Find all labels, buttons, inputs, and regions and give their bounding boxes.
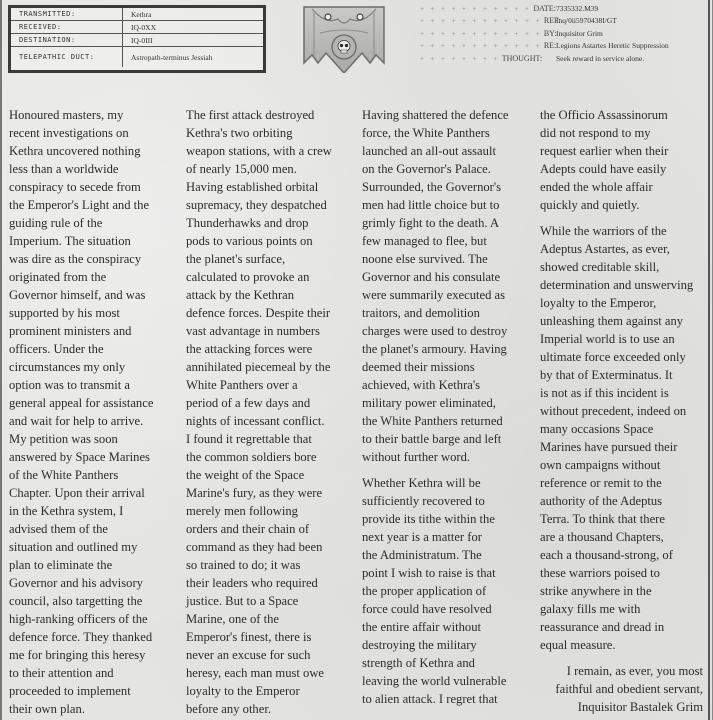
text-line: plan to eliminate the <box>9 556 153 574</box>
transmission-label: TRANSMITTED: <box>11 8 123 20</box>
meta-value: Inq/0ii5970438I/GT <box>538 16 617 25</box>
text-line: to their attention and <box>9 664 153 682</box>
text-line: strike anywhere in the <box>540 582 703 600</box>
text-line: nights of incessant conflict. <box>186 412 332 430</box>
body-column-2: The first attack destroyedKethra's two o… <box>186 106 332 718</box>
message-metadata: + + + + + + + + + + + DATE: 7335332.M39 … <box>420 2 700 65</box>
text-line: Having shattered the defence <box>362 106 509 124</box>
text-line: the common soldiers bore <box>186 448 332 466</box>
meta-value: Inquisitor Grim <box>538 29 603 38</box>
meta-row-ref: + + + + + + + + + + + + REF: Inq/0ii5970… <box>420 15 700 28</box>
text-line: force could have resolved <box>362 600 509 618</box>
text-line: loyalty to the Emperor, <box>540 294 703 312</box>
text-line: Governor himself, and was <box>9 286 153 304</box>
text-line: provide its tithe within the <box>362 510 509 528</box>
text-line: Governor and his consulate <box>362 268 509 286</box>
text-line: is not as if this incident is <box>540 384 703 402</box>
text-line: option was to transmit a <box>9 376 153 394</box>
text-line: deemed their missions <box>362 358 509 376</box>
text-line: attack by the Kethran <box>186 286 332 304</box>
text-line: council, also targetting the <box>9 592 153 610</box>
text-line: unleashing them against any <box>540 312 703 330</box>
meta-row-thought: + + + + + + + + THOUGHT: Seek reward in … <box>420 52 700 65</box>
text-line: My petition was soon <box>9 430 153 448</box>
text-line: Inquisitor Bastalek Grim <box>540 698 703 716</box>
text-line: the attacking forces were <box>186 340 332 358</box>
text-line: force, the White Panthers <box>362 124 509 142</box>
text-line: the proper application of <box>362 582 509 600</box>
text-line: calculated to provoke an <box>186 268 332 286</box>
text-line: each a thousand-strong, of <box>540 546 703 564</box>
paragraph-gap <box>540 654 703 662</box>
text-line: originated from the <box>9 268 153 286</box>
body-column-4: the Officio Assassinorumdid not respond … <box>540 106 703 716</box>
transmission-row: TRANSMITTED: Kethra <box>11 8 263 21</box>
text-line: answered by Space Marines <box>9 448 153 466</box>
text-line: The first attack destroyed <box>186 106 332 124</box>
paragraph: While the warriors of theAdeptus Astarte… <box>540 222 703 654</box>
transmission-label: DESTINATION: <box>11 34 123 46</box>
transmission-value: Astropath-terminus Jessiah <box>123 47 263 67</box>
body-column-1: Honoured masters, myrecent investigation… <box>9 106 153 718</box>
inquisition-skull-banner-icon <box>298 3 390 73</box>
text-line: never an excuse for such <box>186 646 332 664</box>
body-column-3: Having shattered the defenceforce, the W… <box>362 106 509 708</box>
text-line: Kethra uncovered nothing <box>9 142 153 160</box>
text-line: guiding rule of the <box>9 214 153 232</box>
text-line: situation and outlined my <box>9 538 153 556</box>
meta-row-date: + + + + + + + + + + + DATE: 7335332.M39 <box>420 2 700 15</box>
text-line: supported by his most <box>9 304 153 322</box>
text-line: these warriors poised to <box>540 564 703 582</box>
paragraph: Whether Kethra will besufficiently recov… <box>362 474 509 708</box>
text-line: Kethra's two orbiting <box>186 124 332 142</box>
text-line: heresy, each man must owe <box>186 664 332 682</box>
text-line: recent investigations on <box>9 124 153 142</box>
text-line: their leaders who required <box>186 574 332 592</box>
text-line: the planet's surface, <box>186 250 332 268</box>
text-line: few managed to flee, but <box>362 232 509 250</box>
text-line: faithful and obedient servant, <box>540 680 703 698</box>
transmission-value: IQ-0XX <box>123 21 263 33</box>
text-line: high-ranking officers of the <box>9 610 153 628</box>
text-line: supremacy, they despatched <box>186 196 332 214</box>
document-page: TRANSMITTED: Kethra RECEIVED: IQ-0XX DES… <box>0 0 713 720</box>
text-line: proceeded to implement <box>9 682 153 700</box>
meta-plus-divider: + + + + + + + + + + + + <box>420 42 542 50</box>
text-line: Marine, one of the <box>186 610 332 628</box>
text-line: ultimate force exceeded only <box>540 348 703 366</box>
text-line: Governor and his advisory <box>9 574 153 592</box>
text-line: Honoured masters, my <box>9 106 153 124</box>
text-line: Chapter. Upon their arrival <box>9 484 153 502</box>
text-line: without precedent, indeed on <box>540 402 703 420</box>
transmission-value: Kethra <box>123 8 263 20</box>
text-line: grimly fight to the death. A <box>362 214 509 232</box>
meta-value: Legions Astartes Heretic Suppression <box>538 41 669 50</box>
text-line: circumstances my only <box>9 358 153 376</box>
text-line: showed creditable skill, <box>540 258 703 276</box>
transmission-label: TELEPATHIC DUCT: <box>11 47 123 67</box>
text-line: prominent ministers and <box>9 322 153 340</box>
text-line: traitors, and demolition <box>362 304 509 322</box>
text-line: before any other. <box>186 700 332 718</box>
text-line: many occasions Space <box>540 420 703 438</box>
text-line: period of a few days and <box>186 394 332 412</box>
meta-value: 7335332.M39 <box>538 4 598 13</box>
text-line: on the Governor's Palace. <box>362 160 509 178</box>
meta-row-by: + + + + + + + + + + + + BY: Inquisitor G… <box>420 27 700 40</box>
text-line: without further word. <box>362 448 509 466</box>
right-border <box>708 0 710 720</box>
text-line: defence force. They thanked <box>9 628 153 646</box>
text-line: their own plan. <box>9 700 153 718</box>
text-line: achieved, with Kethra's <box>362 376 509 394</box>
text-line: to alien attack. I regret that <box>362 690 509 708</box>
text-line: I found it regrettable that <box>186 430 332 448</box>
meta-plus-divider: + + + + + + + + + + + <box>420 5 531 13</box>
text-line: Adeptus Astartes, as ever, <box>540 240 703 258</box>
text-line: orders and their chain of <box>186 520 332 538</box>
text-line: the weight of the Space <box>186 466 332 484</box>
transmission-row: DESTINATION: IQ-0III <box>11 34 263 47</box>
text-line: Imperial world is to use an <box>540 330 703 348</box>
signoff: I remain, as ever, you mostfaithful and … <box>540 662 703 716</box>
text-line: the Emperor's Light and the <box>9 196 153 214</box>
text-line: point I wish to raise is that <box>362 564 509 582</box>
transmission-value: IQ-0III <box>123 34 263 46</box>
paragraph: Having shattered the defenceforce, the W… <box>362 106 509 466</box>
text-line: general appeal for assistance <box>9 394 153 412</box>
text-line: did not respond to my <box>540 124 703 142</box>
meta-plus-divider: + + + + + + + + + + + + <box>420 17 542 25</box>
text-line: by that of Exterminatus. It <box>540 366 703 384</box>
paragraph-gap <box>362 466 509 474</box>
text-line: loyalty to the Emperor <box>186 682 332 700</box>
text-line: Adepts could have easily <box>540 160 703 178</box>
text-line: quickly and quietly. <box>540 196 703 214</box>
text-line: galaxy fills me with <box>540 600 703 618</box>
text-line: While the warriors of the <box>540 222 703 240</box>
text-line: me for bringing this heresy <box>9 646 153 664</box>
text-line: to their battle barge and left <box>362 430 509 448</box>
text-line: destroying the military <box>362 636 509 654</box>
text-line: noone else survived. The <box>362 250 509 268</box>
text-line: military power eliminated, <box>362 394 509 412</box>
text-line: Terra. To think that there <box>540 510 703 528</box>
text-line: the Officio Assassinorum <box>540 106 703 124</box>
meta-row-re: + + + + + + + + + + + + RE: Legions Asta… <box>420 40 700 53</box>
text-line: so trained to do; it was <box>186 556 332 574</box>
text-line: the planet's armoury. Having <box>362 340 509 358</box>
text-line: and wait for help to arrive. <box>9 412 153 430</box>
text-line: request earlier when their <box>540 142 703 160</box>
text-line: own campaigns without <box>540 456 703 474</box>
text-line: reassurance and dread in <box>540 618 703 636</box>
text-line: are a thousand Chapters, <box>540 528 703 546</box>
text-line: sufficiently recovered to <box>362 492 509 510</box>
text-line: determination and unswerving <box>540 276 703 294</box>
text-line: Thunderhawks and drop <box>186 214 332 232</box>
left-border <box>0 0 2 720</box>
text-line: Surrounded, the Governor's <box>362 178 509 196</box>
text-line: the White Panthers returned <box>362 412 509 430</box>
text-line: Imperium. The situation <box>9 232 153 250</box>
paragraph-gap <box>540 214 703 222</box>
text-line: Whether Kethra will be <box>362 474 509 492</box>
text-line: pods to various points on <box>186 232 332 250</box>
text-line: men had little choice but to <box>362 196 509 214</box>
text-line: Emperor's finest, there is <box>186 628 332 646</box>
text-line: officers. Under the <box>9 340 153 358</box>
meta-plus-divider: + + + + + + + + + + + + <box>420 30 542 38</box>
text-line: charges were used to destroy <box>362 322 509 340</box>
text-line: advised them of the <box>9 520 153 538</box>
text-line: in the Kethra system, I <box>9 502 153 520</box>
transmission-table: TRANSMITTED: Kethra RECEIVED: IQ-0XX DES… <box>8 5 266 73</box>
text-line: defence forces. Despite their <box>186 304 332 322</box>
transmission-label: RECEIVED: <box>11 21 123 33</box>
text-line: the Administratum. The <box>362 546 509 564</box>
text-line: command as they had been <box>186 538 332 556</box>
text-line: weapon stations, with a crew <box>186 142 332 160</box>
text-line: less than a worldwide <box>9 160 153 178</box>
text-line: strength of Kethra and <box>362 654 509 672</box>
text-line: launched an all-out assault <box>362 142 509 160</box>
text-line: ended the whole affair <box>540 178 703 196</box>
text-line: the entire affair without <box>362 618 509 636</box>
text-line: were summarily executed as <box>362 286 509 304</box>
text-line: equal measure. <box>540 636 703 654</box>
paragraph: the Officio Assassinorumdid not respond … <box>540 106 703 214</box>
text-line: vast advantage in numbers <box>186 322 332 340</box>
text-line: justice. But to a Space <box>186 592 332 610</box>
text-line: next year is a matter for <box>362 528 509 546</box>
text-line: annihilated piecemeal by the <box>186 358 332 376</box>
meta-plus-divider: + + + + + + + + <box>420 55 500 63</box>
transmission-row: RECEIVED: IQ-0XX <box>11 21 263 34</box>
text-line: of the White Panthers <box>9 466 153 484</box>
text-line: reference or remit to the <box>540 474 703 492</box>
text-line: authority of the Adeptus <box>540 492 703 510</box>
text-line: conspiracy to secede from <box>9 178 153 196</box>
text-line: Having established orbital <box>186 178 332 196</box>
text-line: I remain, as ever, you most <box>540 662 703 680</box>
text-line: Marine's fury, as they were <box>186 484 332 502</box>
text-line: merely men following <box>186 502 332 520</box>
meta-key: THOUGHT: <box>502 54 542 63</box>
text-line: leaving the world vulnerable <box>362 672 509 690</box>
text-line: was dire as the conspiracy <box>9 250 153 268</box>
text-line: White Panthers over a <box>186 376 332 394</box>
transmission-row: TELEPATHIC DUCT: Astropath-terminus Jess… <box>11 47 263 67</box>
meta-value: Seek reward in service alone. <box>538 54 644 63</box>
text-line: Marines have pursued their <box>540 438 703 456</box>
text-line: of nearly 15,000 men. <box>186 160 332 178</box>
